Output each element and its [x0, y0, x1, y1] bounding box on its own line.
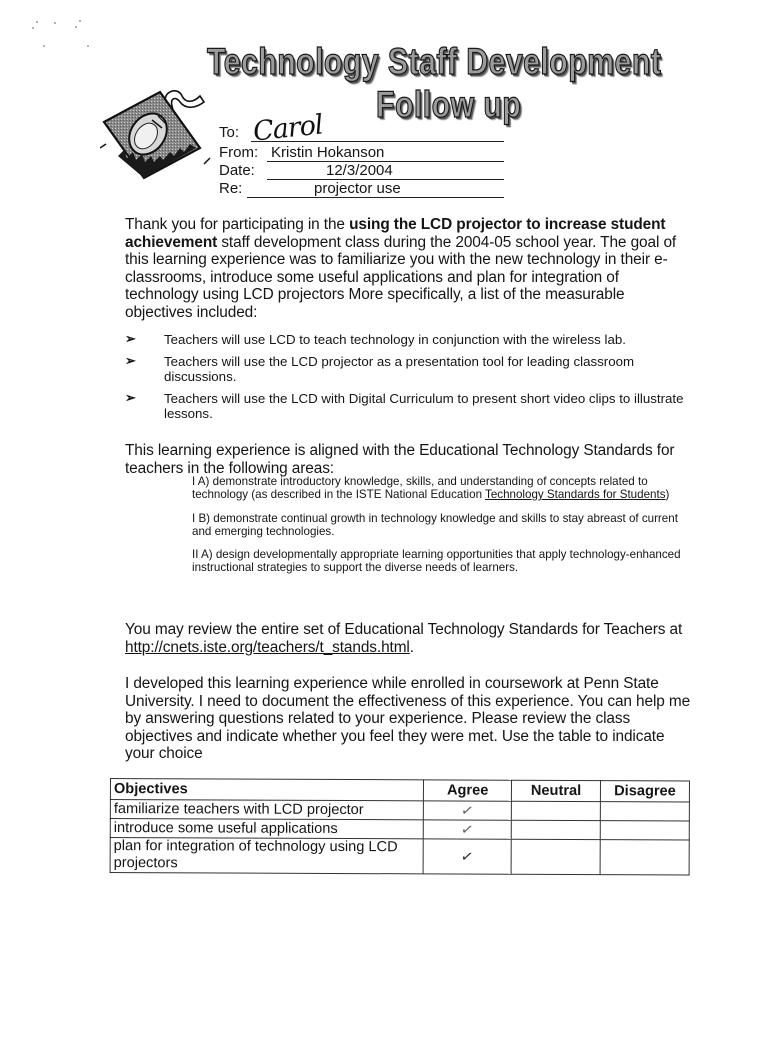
standard-item: I A) demonstrate introductory knowledge,…	[192, 475, 697, 502]
table-row: plan for integration of technology using…	[110, 838, 689, 876]
objective-text: Teachers will use the LCD projector as a…	[164, 354, 634, 385]
objective-item: ➢Teachers will use the LCD with Digital …	[125, 391, 685, 422]
re-value: projector use	[314, 180, 401, 197]
objectives-response-table: Objectives Agree Neutral Disagree famili…	[110, 778, 690, 876]
memo-date-field: Date: 12/3/2004	[219, 161, 504, 180]
objectives-list: ➢Teachers will use LCD to teach technolo…	[125, 332, 685, 428]
header-disagree: Disagree	[600, 781, 689, 802]
to-label: To:	[219, 124, 239, 141]
neutral-cell[interactable]	[511, 820, 600, 839]
table-row: familiarize teachers with LCD projector …	[110, 800, 689, 822]
review-text: You may review the entire set of Educati…	[125, 621, 682, 638]
disagree-cell[interactable]	[600, 821, 689, 840]
memo-re-field: Re: projector use	[219, 179, 504, 198]
objective-text: Teachers will use LCD to teach technolog…	[164, 332, 626, 347]
from-label: From:	[219, 144, 258, 161]
document-subtitle: Follow up	[376, 84, 521, 126]
from-value: Kristin Hokanson	[271, 144, 384, 161]
objective-cell: plan for integration of technology using…	[110, 838, 423, 874]
header-objectives: Objectives	[110, 779, 423, 801]
date-value: 12/3/2004	[326, 162, 393, 179]
computer-mouse-icon	[100, 78, 212, 182]
neutral-cell[interactable]	[511, 801, 600, 820]
objective-cell: introduce some useful applications	[110, 819, 423, 839]
memo-to-field: To: Carol	[219, 123, 504, 142]
review-text-end: .	[410, 639, 414, 656]
standard-item: I B) demonstrate continual growth in tec…	[192, 512, 697, 539]
document-title: Technology Staff Development	[207, 41, 661, 83]
development-paragraph: I developed this learning experience whi…	[125, 675, 695, 763]
check-mark-icon: ✓	[426, 841, 509, 873]
objective-text: Teachers will use the LCD with Digital C…	[164, 391, 684, 422]
memo-from-field: From: Kristin Hokanson	[219, 143, 504, 162]
disagree-cell[interactable]	[600, 802, 689, 821]
arrow-bullet-icon: ➢	[125, 331, 136, 347]
standards-list: I A) demonstrate introductory knowledge,…	[192, 475, 697, 585]
standard-item: II A) design developmentally appropriate…	[192, 548, 697, 575]
intro-paragraph: Thank you for participating in the using…	[125, 216, 695, 322]
re-label: Re:	[219, 180, 242, 197]
disagree-cell[interactable]	[600, 840, 689, 875]
intro-text-start: Thank you for participating in the	[125, 216, 349, 233]
review-paragraph: You may review the entire set of Educati…	[125, 621, 695, 656]
neutral-cell[interactable]	[511, 839, 600, 874]
header-neutral: Neutral	[512, 780, 601, 801]
date-label: Date:	[219, 162, 255, 179]
standard-text-end: )	[666, 488, 670, 501]
table-header-row: Objectives Agree Neutral Disagree	[110, 779, 689, 803]
arrow-bullet-icon: ➢	[125, 390, 136, 406]
objective-item: ➢Teachers will use LCD to teach technolo…	[125, 332, 685, 348]
alignment-paragraph: This learning experience is aligned with…	[125, 442, 695, 477]
objective-item: ➢Teachers will use the LCD projector as …	[125, 354, 685, 385]
table-row: introduce some useful applications ✓	[110, 819, 689, 841]
objective-cell: familiarize teachers with LCD projector	[110, 800, 423, 820]
re-underline	[247, 197, 504, 198]
arrow-bullet-icon: ➢	[125, 353, 136, 369]
standards-link[interactable]: http://cnets.iste.org/teachers/t_stands.…	[125, 639, 410, 656]
standards-title: Technology Standards for Students	[485, 488, 665, 501]
